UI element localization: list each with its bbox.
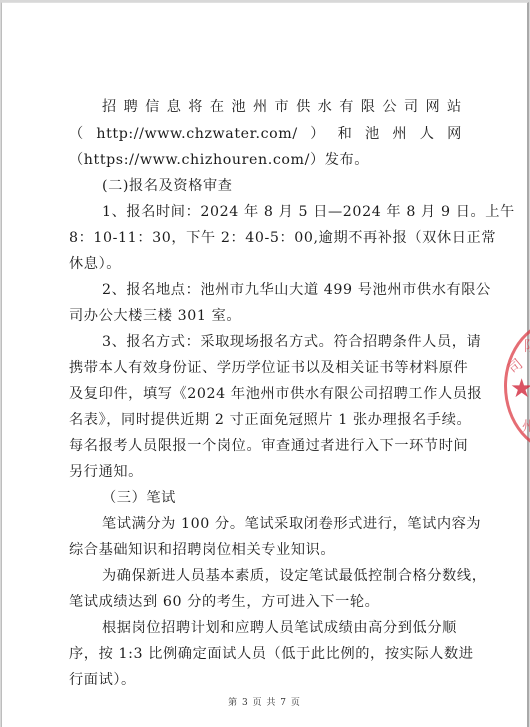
section-heading: （三）笔试	[102, 489, 176, 507]
char: 将	[188, 98, 203, 116]
section-heading: (二)报名及资格审查	[102, 177, 233, 195]
char: 聘	[124, 98, 139, 116]
text-line: （ http://www.chzwater.com/ ） 和 池 州 人 网	[69, 125, 462, 143]
char: 水	[318, 98, 333, 116]
text-line: 2、报名地点：池州市九华山大道 499 号池州市供水有限公	[102, 281, 491, 299]
char: 在	[210, 98, 225, 116]
text-line: 笔试成绩达到 60 分的考生，方可进入下一轮。	[69, 593, 379, 611]
text-line: 1、报名时间：2024 年 8 月 5 日—2024 年 8 月 9 日。上午	[102, 203, 515, 221]
text-line: 根据岗位招聘计划和应聘人员笔试成绩由高分到低分顺	[102, 619, 457, 637]
char: 和	[338, 125, 353, 143]
char: 站	[447, 98, 462, 116]
char: 信	[145, 98, 160, 116]
text-line: 另行通知。	[69, 463, 143, 481]
paren-close: ）	[310, 125, 325, 143]
paren-open: （	[69, 125, 84, 143]
text-line: 笔试满分为 100 分。笔试采取闭卷形式进行，笔试内容为	[102, 515, 481, 533]
document-page: 招 聘 信 息 将 在 池 州 市 供 水 有 限 公 司 网 站 （ http…	[1, 2, 529, 726]
page-number: 第 3 页 共 7 页	[2, 695, 527, 708]
char: 招	[102, 98, 117, 116]
char: 供	[296, 98, 311, 116]
official-seal-stamp: ★ 限 司 州	[492, 318, 530, 448]
char: 市	[275, 98, 290, 116]
text-line: 招 聘 信 息 将 在 池 州 市 供 水 有 限 公 司 网 站	[102, 98, 462, 116]
char: 司	[404, 98, 419, 116]
char: 限	[361, 98, 376, 116]
text-line: 3、报名方式：采取现场报名方式。符合招聘条件人员，请	[102, 333, 481, 351]
text-line: 序，按 1:3 比例确定面试人员（低于此比例的，按实际人数进	[69, 645, 474, 663]
text-line: 综合基础知识和招聘岗位相关专业知识。	[69, 541, 335, 559]
char: 州	[253, 98, 268, 116]
text-line: 名表》，同时提供近期 2 寸正面免冠照片 1 张办理报名手续。	[69, 411, 471, 429]
char: 池	[231, 98, 246, 116]
char: 公	[382, 98, 397, 116]
seal-char: 限	[524, 336, 530, 356]
text-line: 休息）。	[69, 255, 121, 273]
char: 州	[392, 125, 407, 143]
char: 网	[425, 98, 440, 116]
text-line: （https://www.chizhouren.com/）发布。	[69, 151, 369, 169]
char: 网	[447, 125, 462, 143]
url-text: http://www.chzwater.com/	[96, 125, 297, 143]
text-line: 司办公大楼三楼 301 室。	[69, 307, 241, 325]
seal-char: 州	[522, 416, 530, 436]
text-line: 行面试）。	[69, 671, 136, 689]
char: 有	[339, 98, 354, 116]
char: 池	[365, 125, 380, 143]
text-line: 为确保新进人员基本素质，设定笔试最低控制合格分数线，	[102, 567, 486, 585]
star-icon: ★	[510, 376, 530, 402]
text-line: 每名报考人员限报一个岗位。审查通过者进行入下一环节时间	[69, 437, 468, 455]
text-line: 及复印件，填写《2024 年池州市供水有限公司招聘工作人员报	[69, 385, 482, 403]
char: 人	[420, 125, 435, 143]
char: 息	[167, 98, 182, 116]
text-line: 8：10-11：30，下午 2：40-5：00,逾期不再补报（双休日正常	[69, 229, 496, 247]
text-line: 携带本人有效身份证、学历学位证书以及相关证书等材料原件	[69, 359, 468, 377]
